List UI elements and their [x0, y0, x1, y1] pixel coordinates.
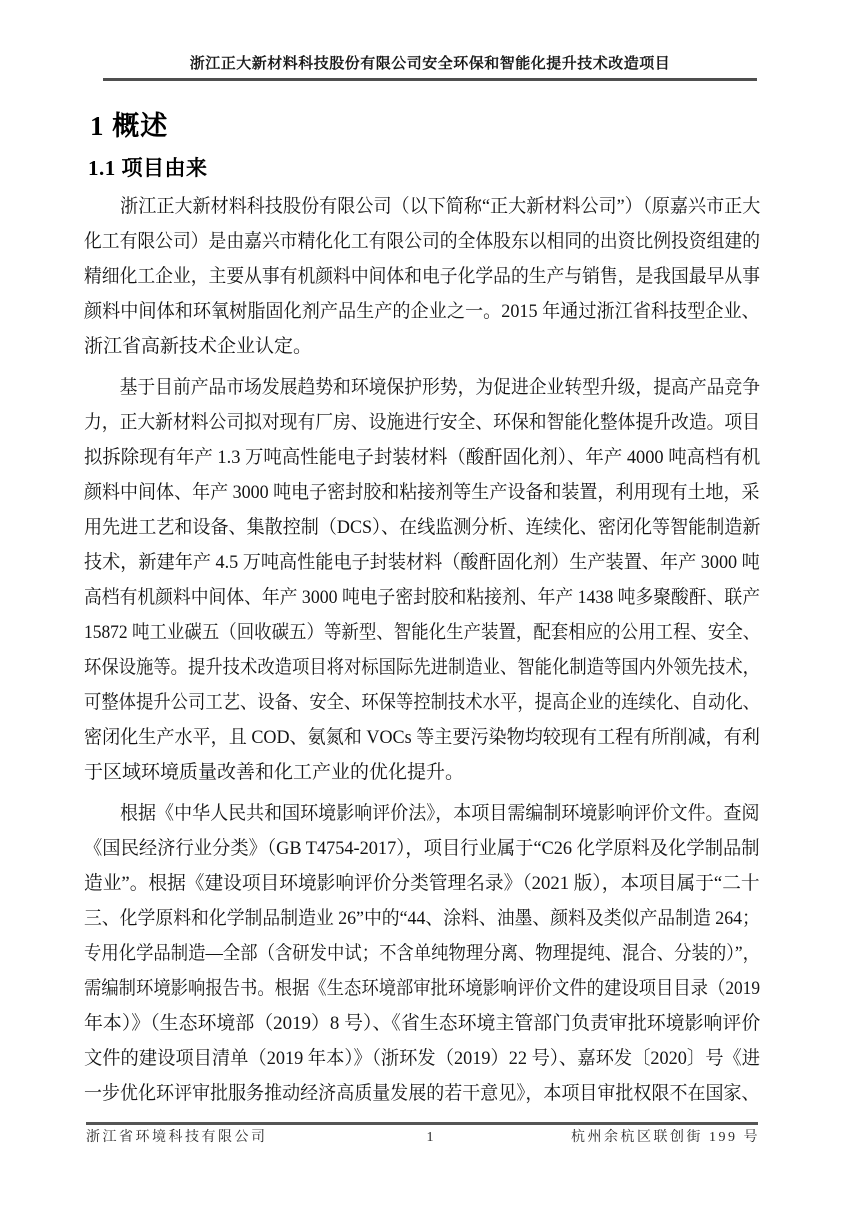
text-line: 基于目前产品市场发展趋势和环境保护形势，为促进企业转型升级，提高产品竞争 [84, 370, 717, 405]
text-line: 颜料中间体和环氧树脂固化剂产品生产的企业之一。2015 年通过浙江省科技型企业、 [84, 294, 729, 329]
footer-rule [86, 1122, 758, 1125]
text-line: 《国民经济行业分类》（GB T4754-2017），项目行业属于“C26 化学原… [84, 831, 735, 866]
text-line: 15872 吨工业碳五（回收碳五）等新型、智能化生产装置，配套相应的公用工程、安… [84, 615, 705, 650]
text-line: 拟拆除现有年产 1.3 万吨高性能电子封装材料（酸酐固化剂）、年产 4000 吨… [84, 440, 739, 475]
text-line: 造业”。根据《建设项目环境影响评价分类管理名录》（2021 版），本项目属于“二… [84, 866, 749, 901]
text-line: 颜料中间体、年产 3000 吨电子密封胶和粘接剂等生产设备和装置，利用现有土地，… [84, 475, 725, 510]
text-line: 一步优化环评审批服务推动经济高质量发展的若干意见》，本项目审批权限不在国家、 [84, 1076, 725, 1111]
text-line: 浙江省高新技术企业认定。 [84, 329, 760, 364]
section-heading: 1.1 项目由来 [88, 152, 208, 182]
text-line: 文件的建设项目清单（2019 年本）》（浙环发（2019）22 号）、嘉环发〔2… [84, 1041, 734, 1076]
text-line: 可整体提升公司工艺、设备、安全、环保等控制技术水平，提高企业的连续化、自动化、 [84, 685, 701, 720]
text-line: 需编制环境影响报告书。根据《生态环境部审批环境影响评价文件的建设项目目录（201… [84, 971, 701, 1006]
text-line: 用先进工艺和设备、集散控制（DCS）、在线监测分析、连续化、密闭化等智能制造新 [84, 510, 727, 545]
text-line: 化工有限公司）是由嘉兴市精化化工有限公司的全体股东以相同的出资比例投资组建的 [84, 224, 717, 259]
paragraph: 浙江正大新材料科技股份有限公司（以下简称“正大新材料公司”）（原嘉兴市正大化工有… [84, 189, 760, 364]
text-line: 浙江正大新材料科技股份有限公司（以下简称“正大新材料公司”）（原嘉兴市正大 [84, 189, 728, 224]
paragraphs: 浙江正大新材料科技股份有限公司（以下简称“正大新材料公司”）（原嘉兴市正大化工有… [84, 189, 760, 1111]
footer-address: 杭州余杭区联创街 199 号 [571, 1128, 760, 1148]
text-line: 三、化学原料和化学制品制造业 26”中的“44、涂料、油墨、颜料及类似产品制造 … [84, 901, 719, 936]
text-line: 精细化工企业，主要从事有机颜料中间体和电子化学品的生产与销售，是我国最早从事 [84, 259, 717, 294]
text-line: 力，正大新材料公司拟对现有厂房、设施进行安全、环保和智能化整体提升改造。项目 [84, 405, 717, 440]
chapter-heading: 1 概述 [90, 104, 168, 143]
text-line: 年本）》（生态环境部（2019）8 号）、《省生态环境主管部门负责审批环境影响评… [84, 1006, 757, 1041]
text-line: 密闭化生产水平，且 COD、氨氮和 VOCs 等主要污染物均较现有工程有所削减，… [84, 720, 728, 755]
text-line: 环保设施等。提升技术改造项目将对标国际先进制造业、智能化制造等国内外领先技术， [84, 650, 701, 685]
paragraph: 基于目前产品市场发展趋势和环境保护形势，为促进企业转型升级，提高产品竞争力，正大… [84, 370, 760, 790]
page-header-title: 浙江正大新材料科技股份有限公司安全环保和智能化提升技术改造项目 [0, 52, 860, 73]
header-rule [103, 78, 757, 81]
text-line: 专用化学品制造—全部（含研发中试；不含单纯物理分离、物理提纯、混合、分装的）”， [84, 936, 702, 971]
text-line: 高档有机颜料中间体、年产 3000 吨电子密封胶和粘接剂、年产 1438 吨多聚… [84, 580, 717, 615]
paragraph: 根据《中华人民共和国环境影响评价法》，本项目需编制环境影响评价文件。查阅《国民经… [84, 796, 760, 1111]
document-page: 浙江正大新材料科技股份有限公司安全环保和智能化提升技术改造项目 1 概述 1.1… [0, 0, 860, 1216]
text-line: 于区域环境质量改善和化工产业的优化提升。 [84, 755, 760, 790]
text-line: 根据《中华人民共和国环境影响评价法》，本项目需编制环境影响评价文件。查阅 [84, 796, 725, 831]
text-line: 技术，新建年产 4.5 万吨高性能电子封装材料（酸酐固化剂）生产装置、年产 30… [84, 545, 729, 580]
